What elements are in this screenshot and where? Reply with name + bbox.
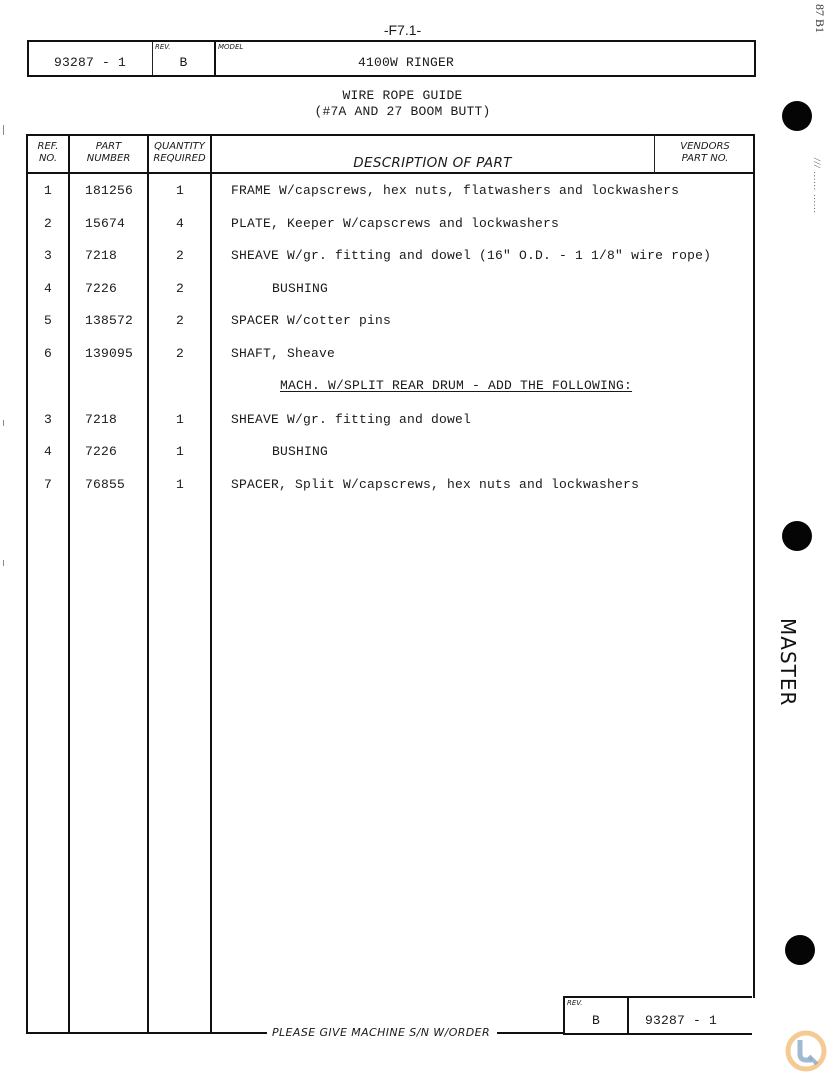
row-ref: 4: [27, 444, 69, 459]
row-description: BUSHING: [272, 281, 792, 296]
table-row: 3 7218 1 SHEAVE W/gr. fitting and dowel: [27, 412, 754, 432]
row-description: SHAFT, Sheave: [231, 346, 751, 361]
header-box: 93287 - 1 REV. B MODEL 4100W RINGER: [27, 40, 756, 77]
header-vendors-part-no: VENDORS PART NO.: [655, 134, 755, 172]
row-ref: 7: [27, 477, 69, 492]
row-quantity: 1: [149, 412, 211, 427]
row-description: FRAME W/capscrews, hex nuts, flatwashers…: [231, 183, 751, 198]
header-part-number: PART NUMBER: [69, 134, 148, 172]
footer-rev-box: REV. B 93287 - 1: [563, 996, 752, 1035]
master-stamp: MASTER: [776, 618, 800, 706]
header-vendors-line2: PART NO.: [682, 153, 729, 165]
header-ref-no: REF. NO.: [27, 134, 69, 172]
scan-mark: [3, 420, 4, 426]
scan-mark: [3, 125, 4, 135]
table-row: 2 15674 4 PLATE, Keeper W/capscrews and …: [27, 216, 754, 236]
footer-part-number: 93287 - 1: [645, 1013, 752, 1028]
header-quantity-line1: QUANTITY: [154, 141, 205, 153]
row-ref: 5: [27, 313, 69, 328]
header-quantity: QUANTITY REQUIRED: [148, 134, 211, 172]
header-description-label: DESCRIPTION OF PART: [353, 157, 511, 169]
section-heading: MACH. W/SPLIT REAR DRUM - ADD THE FOLLOW…: [280, 378, 800, 393]
table-header-bottom-border: [27, 172, 755, 174]
table-row: 1 181256 1 FRAME W/capscrews, hex nuts, …: [27, 183, 754, 203]
table-header-row: REF. NO. PART NUMBER QUANTITY REQUIRED D…: [27, 134, 754, 172]
header-description: DESCRIPTION OF PART: [211, 134, 654, 172]
row-quantity: 2: [149, 346, 211, 361]
row-ref: 3: [27, 412, 69, 427]
binder-hole-middle: [782, 521, 812, 551]
footer-rev-cell: REV. B: [565, 998, 629, 1033]
header-part-number-line2: NUMBER: [87, 153, 131, 165]
table-row: 4 7226 1 BUSHING: [27, 444, 754, 464]
row-quantity: 1: [149, 477, 211, 492]
header-vendors-line1: VENDORS: [680, 141, 730, 153]
page-number: -F7.1-: [0, 22, 805, 38]
corner-code: 87 B1: [812, 4, 827, 33]
row-description: SHEAVE W/gr. fitting and dowel (16" O.D.…: [231, 248, 751, 263]
row-description: SPACER, Split W/capscrews, hex nuts and …: [231, 477, 751, 492]
header-rev-cell: REV. B: [152, 42, 214, 75]
row-quantity: 4: [149, 216, 211, 231]
table-row: 3 7218 2 SHEAVE W/gr. fitting and dowel …: [27, 248, 754, 268]
title-line-2: (#7A AND 27 BOOM BUTT): [0, 104, 805, 120]
header-rev-value: B: [153, 55, 214, 70]
binder-hole-top: [782, 101, 812, 131]
row-ref: 6: [27, 346, 69, 361]
row-ref: 2: [27, 216, 69, 231]
row-quantity: 2: [149, 248, 211, 263]
column-divider-ref: [68, 134, 70, 1034]
table-left-border: [26, 134, 28, 1034]
section-heading-row: MACH. W/SPLIT REAR DRUM - ADD THE FOLLOW…: [27, 378, 754, 398]
handwritten-note: /// ...... ......: [812, 158, 822, 214]
row-quantity: 1: [149, 183, 211, 198]
document-title: WIRE ROPE GUIDE (#7A AND 27 BOOM BUTT): [0, 88, 805, 120]
row-description: PLATE, Keeper W/capscrews and lockwasher…: [231, 216, 751, 231]
header-quantity-line2: REQUIRED: [153, 153, 205, 165]
watermark-logo-icon: [785, 1030, 827, 1072]
column-divider-part: [147, 134, 149, 1034]
table-bottom-border-left: [27, 1032, 267, 1034]
footer-rev-value: B: [565, 1013, 627, 1028]
header-rev-label: REV.: [155, 43, 171, 51]
binder-hole-bottom: [785, 935, 815, 965]
row-ref: 4: [27, 281, 69, 296]
footer-part-cell: 93287 - 1: [629, 998, 752, 1033]
footer-rev-label: REV.: [567, 999, 583, 1007]
header-ref-no-line1: REF.: [38, 141, 59, 153]
header-part-number-cell: 93287 - 1: [29, 42, 151, 75]
row-quantity: 2: [149, 281, 211, 296]
title-line-1: WIRE ROPE GUIDE: [0, 88, 805, 104]
table-row: 4 7226 2 BUSHING: [27, 281, 754, 301]
footer-note: PLEASE GIVE MACHINE S/N W/ORDER: [272, 1026, 490, 1039]
row-description: BUSHING: [272, 444, 792, 459]
row-ref: 1: [27, 183, 69, 198]
header-model-label: MODEL: [218, 43, 243, 51]
header-model-cell: MODEL 4100W RINGER: [214, 42, 756, 75]
header-part-number: 93287 - 1: [29, 55, 151, 70]
table-row: 6 139095 2 SHAFT, Sheave: [27, 346, 754, 366]
row-description: SPACER W/cotter pins: [231, 313, 751, 328]
scan-mark: [3, 560, 4, 566]
header-ref-no-line2: NO.: [39, 153, 57, 165]
header-part-number-line1: PART: [96, 141, 121, 153]
table-row: 5 138572 2 SPACER W/cotter pins: [27, 313, 754, 333]
row-ref: 3: [27, 248, 69, 263]
row-description: SHEAVE W/gr. fitting and dowel: [231, 412, 751, 427]
header-model-value: 4100W RINGER: [216, 55, 596, 70]
table-row: 7 76855 1 SPACER, Split W/capscrews, hex…: [27, 477, 754, 497]
row-quantity: 1: [149, 444, 211, 459]
column-divider-qty: [210, 134, 212, 1034]
row-quantity: 2: [149, 313, 211, 328]
table-bottom-border-right: [497, 1032, 565, 1034]
